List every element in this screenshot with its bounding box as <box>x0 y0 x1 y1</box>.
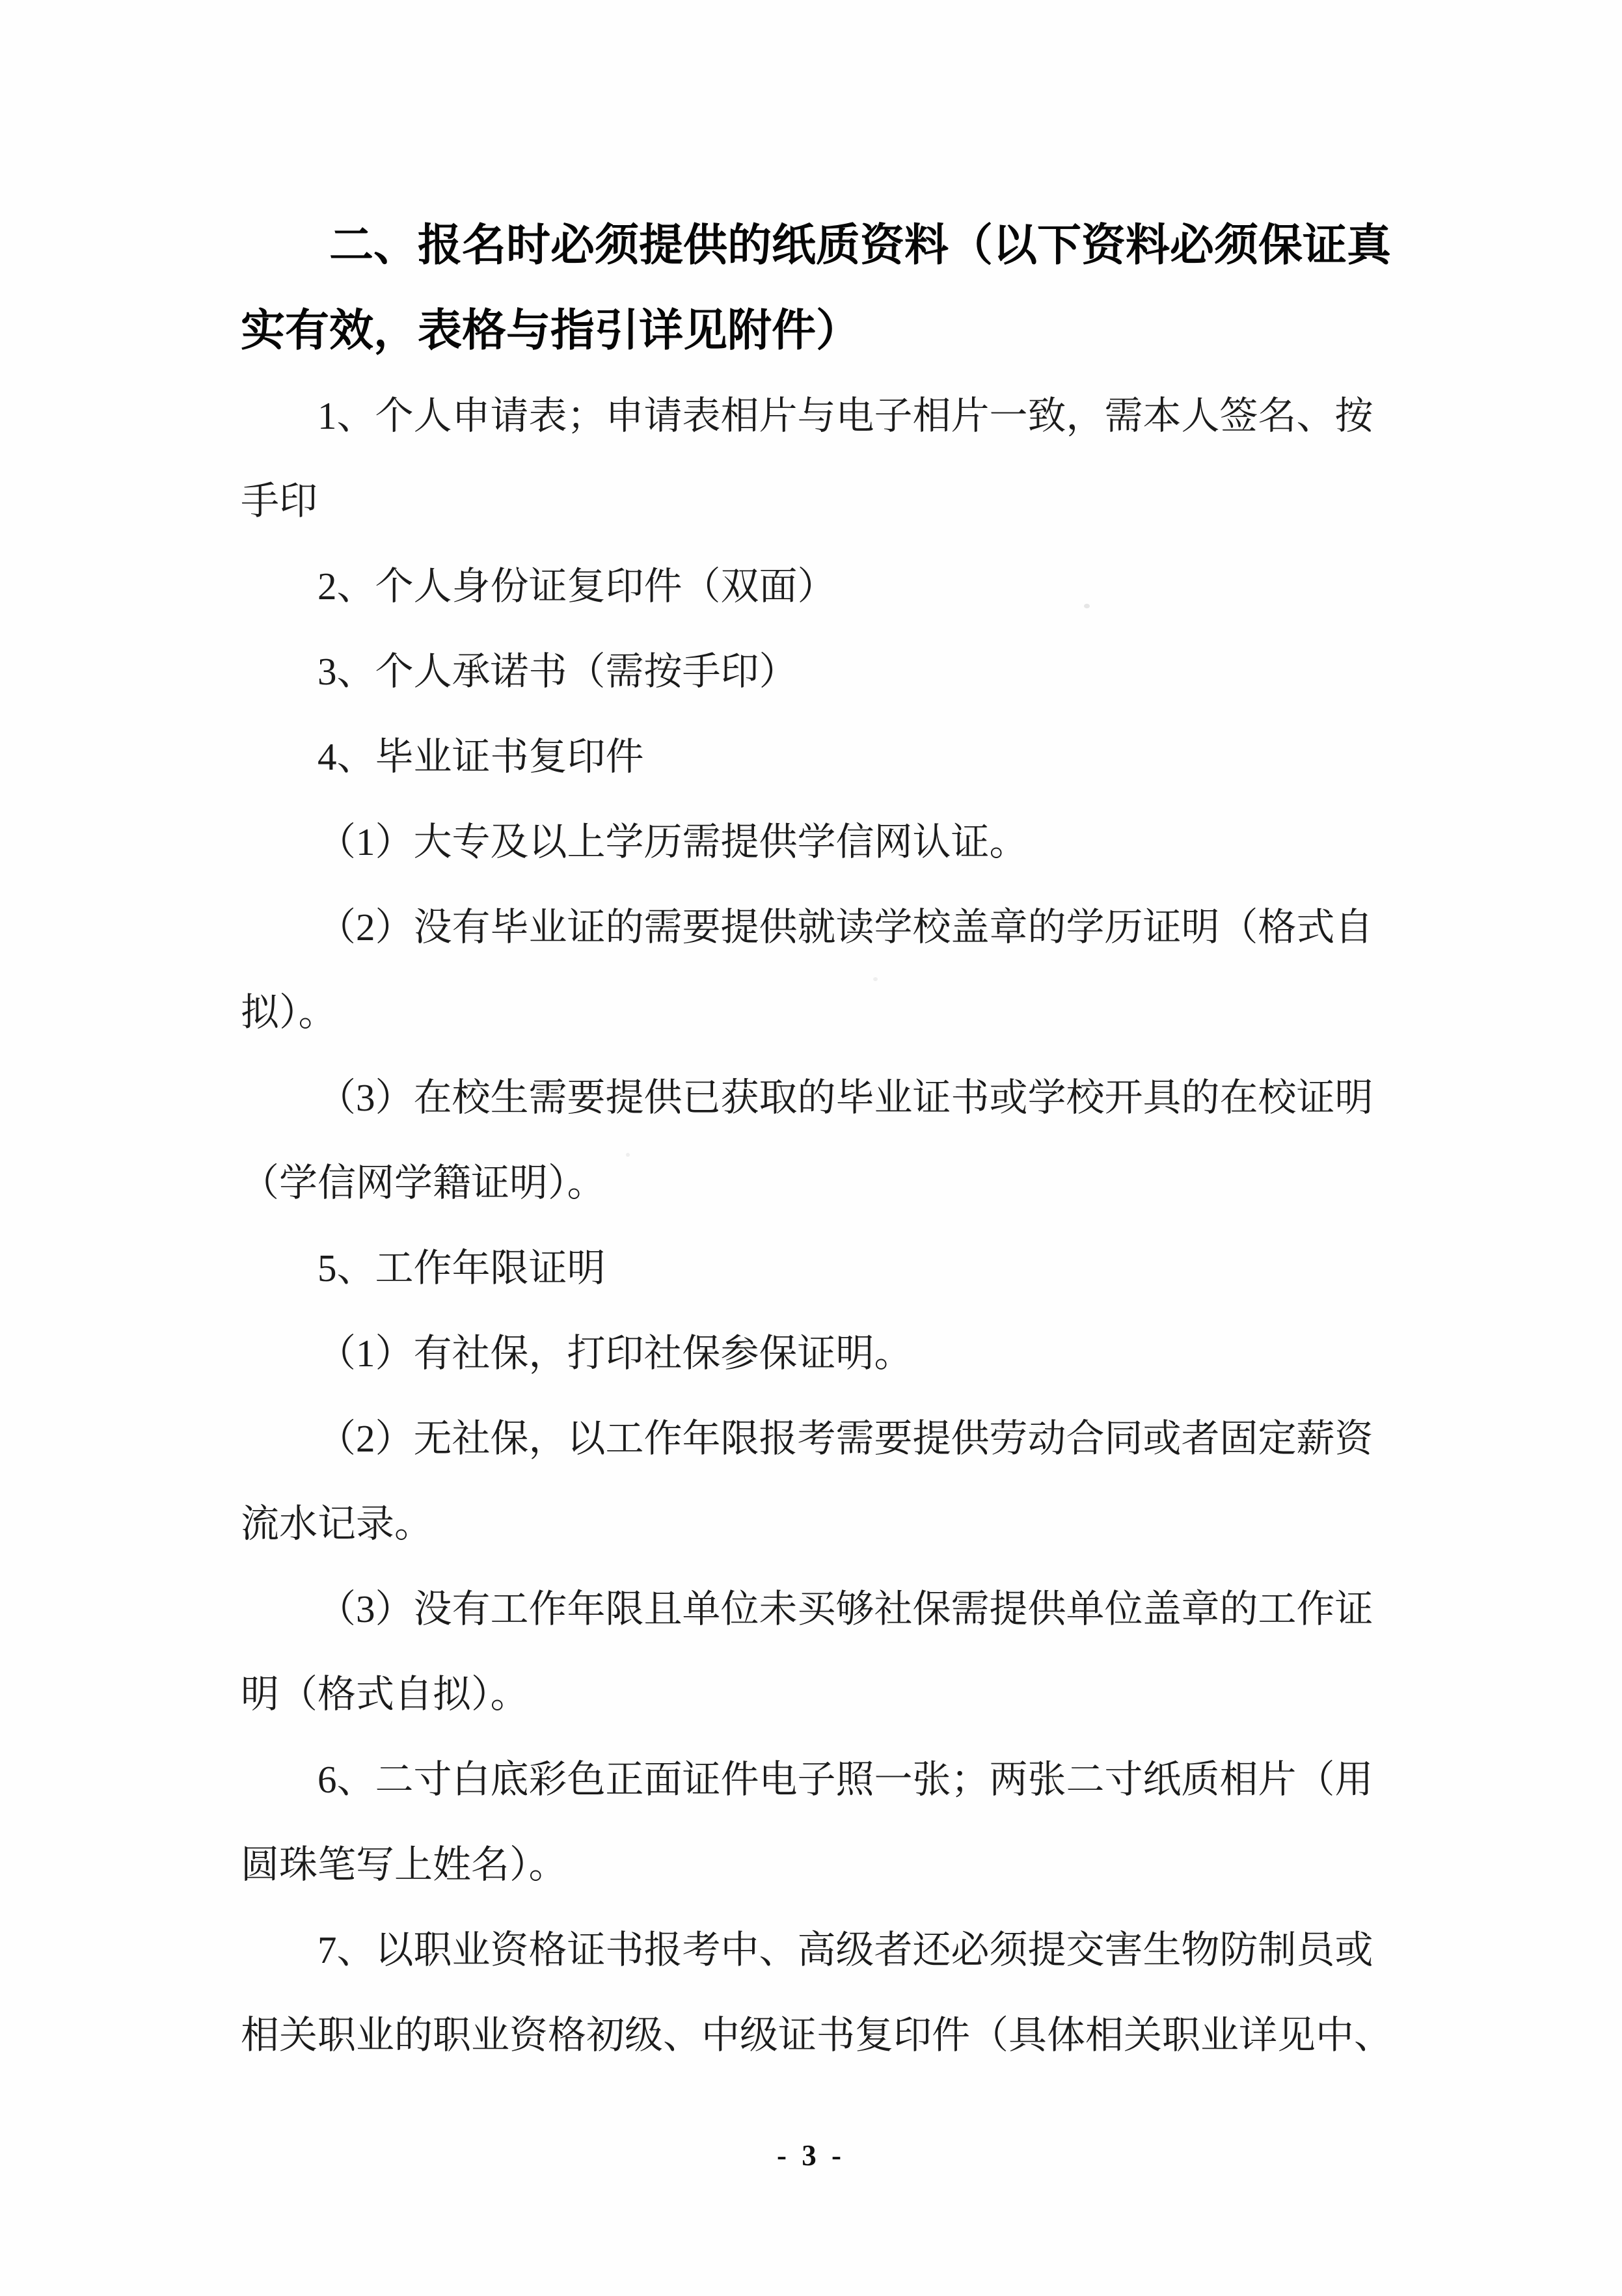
sub-item-4-1: （1）大专及以上学历需提供学信网认证。 <box>241 800 1412 885</box>
sub-item-4-2-line-1: （2）没有毕业证的需要提供就读学校盖章的学历证明（格式自 <box>241 885 1412 970</box>
sub-item-4-3-line-1: （3）在校生需要提供已获取的毕业证书或学校开具的在校证明 <box>241 1055 1412 1141</box>
sub-item-5-3-line-1: （3）没有工作年限且单位未买够社保需提供单位盖章的工作证 <box>241 1567 1412 1652</box>
sub-item-5-2-line-2: 流水记录。 <box>241 1481 1412 1567</box>
sub-item-5-2-line-1: （2）无社保，以工作年限报考需要提供劳动合同或者固定薪资 <box>241 1396 1412 1481</box>
list-item-1-line-1: 1、个人申请表；申请表相片与电子相片一致，需本人签名、按 <box>241 373 1412 459</box>
list-item-3: 3、个人承诺书（需按手印） <box>241 629 1412 714</box>
document-body: 二、报名时必须提供的纸质资料（以下资料必须保证真 实有效，表格与指引详见附件） … <box>241 203 1412 2078</box>
sub-item-4-2-line-2: 拟）。 <box>241 970 1412 1055</box>
list-item-7-line-1: 7、以职业资格证书报考中、高级者还必须提交害生物防制员或 <box>241 1908 1412 1993</box>
page-number: - 3 - <box>0 2136 1622 2175</box>
section-heading-line-1: 二、报名时必须提供的纸质资料（以下资料必须保证真 <box>241 203 1412 288</box>
section-heading-line-2: 实有效，表格与指引详见附件） <box>241 288 1412 373</box>
list-item-6-line-1: 6、二寸白底彩色正面证件电子照一张；两张二寸纸质相片（用 <box>241 1737 1412 1822</box>
list-item-2: 2、个人身份证复印件（双面） <box>241 544 1412 629</box>
scan-speck <box>626 1153 630 1157</box>
sub-item-4-3-line-2: （学信网学籍证明）。 <box>241 1141 1412 1226</box>
list-item-5: 5、工作年限证明 <box>241 1226 1412 1311</box>
list-item-4: 4、毕业证书复印件 <box>241 714 1412 800</box>
scan-speck <box>1084 604 1090 608</box>
list-item-7-line-2: 相关职业的职业资格初级、中级证书复印件（具体相关职业详见中、 <box>241 1993 1412 2078</box>
list-item-6-line-2: 圆珠笔写上姓名）。 <box>241 1822 1412 1908</box>
list-item-1-line-2: 手印 <box>241 459 1412 544</box>
sub-item-5-3-line-2: 明（格式自拟）。 <box>241 1652 1412 1737</box>
document-page: 二、报名时必须提供的纸质资料（以下资料必须保证真 实有效，表格与指引详见附件） … <box>0 0 1622 2296</box>
scan-speck <box>873 977 878 981</box>
sub-item-5-1: （1）有社保，打印社保参保证明。 <box>241 1311 1412 1396</box>
